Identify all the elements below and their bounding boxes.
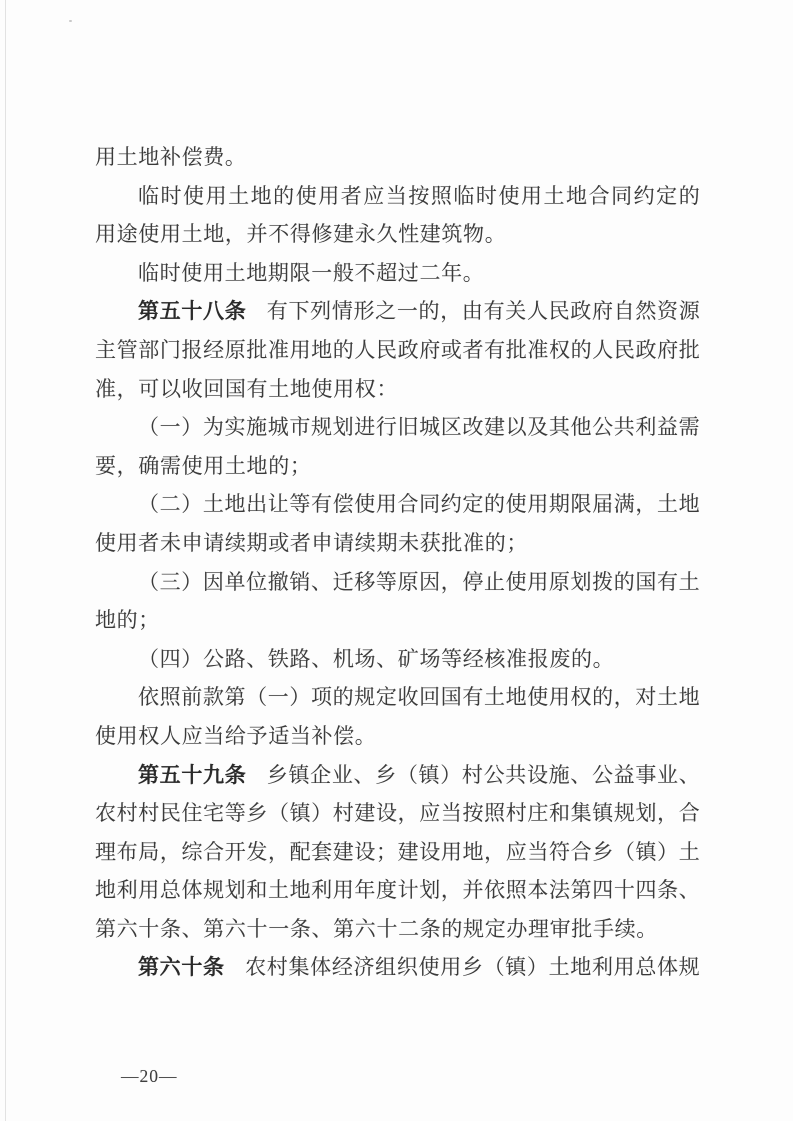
line-text: 临时使用土地的使用者应当按照临时使用土地合同约定的 (138, 184, 700, 208)
line-text: 主管部门报经原批准用地的人民政府或者有批准权的人民政府批 (95, 338, 700, 362)
line-text: 要，确需使用土地的； (95, 454, 312, 478)
line-text: 准，可以收回国有土地使用权： (95, 377, 398, 401)
line-text: 农村集体经济组织使用乡（镇）土地利用总体规 (245, 955, 700, 979)
text-line: 使用者未申请续期或者申请续期未获批准的； (95, 524, 700, 563)
text-line: 依照前款第（一）项的规定收回国有土地使用权的，对土地 (95, 678, 700, 717)
line-text: （一）为实施城市规划进行旧城区改建以及其他公共利益需 (138, 415, 700, 439)
line-text: 地的； (95, 608, 160, 632)
article-heading-line: 第六十条农村集体经济组织使用乡（镇）土地利用总体规 (95, 948, 700, 987)
line-text: （三）因单位撤销、迁移等原因，停止使用原划拨的国有土 (138, 570, 700, 594)
text-line: （一）为实施城市规划进行旧城区改建以及其他公共利益需 (95, 408, 700, 447)
line-text: 理布局，综合开发，配套建设；建设用地，应当符合乡（镇）土 (95, 840, 700, 864)
text-block: 用土地补偿费。临时使用土地的使用者应当按照临时使用土地合同约定的用途使用土地，并… (95, 138, 700, 987)
line-text: 农村村民住宅等乡（镇）村建设，应当按照村庄和集镇规划，合 (95, 801, 700, 825)
article-number: 第六十条 (138, 955, 225, 979)
text-line: 临时使用土地期限一般不超过二年。 (95, 254, 700, 293)
line-text: 用土地补偿费。 (95, 145, 247, 169)
article-heading-line: 第五十八条有下列情形之一的，由有关人民政府自然资源 (95, 292, 700, 331)
text-line: 用途使用土地，并不得修建永久性建筑物。 (95, 215, 700, 254)
article-number: 第五十九条 (138, 763, 246, 787)
text-line: （二）土地出让等有偿使用合同约定的使用期限届满，土地 (95, 485, 700, 524)
line-text: 依照前款第（一）项的规定收回国有土地使用权的，对土地 (138, 685, 700, 709)
text-line: 使用权人应当给予适当补偿。 (95, 717, 700, 756)
text-line: 临时使用土地的使用者应当按照临时使用土地合同约定的 (95, 177, 700, 216)
article-heading-line: 第五十九条乡镇企业、乡（镇）村公共设施、公益事业、 (95, 756, 700, 795)
line-text: 使用权人应当给予适当补偿。 (95, 724, 376, 748)
line-text: 地利用总体规划和土地利用年度计划，并依照本法第四十四条、 (95, 878, 700, 902)
line-text: 临时使用土地期限一般不超过二年。 (138, 261, 484, 285)
text-line: 农村村民住宅等乡（镇）村建设，应当按照村庄和集镇规划，合 (95, 794, 700, 833)
line-text: 有下列情形之一的，由有关人民政府自然资源 (266, 299, 700, 323)
scanned-document-page: 用土地补偿费。临时使用土地的使用者应当按照临时使用土地合同约定的用途使用土地，并… (0, 0, 793, 1121)
text-line: 用土地补偿费。 (95, 138, 700, 177)
text-line: 地利用总体规划和土地利用年度计划，并依照本法第四十四条、 (95, 871, 700, 910)
text-line: 第六十条、第六十一条、第六十二条的规定办理审批手续。 (95, 910, 700, 949)
line-text: 用途使用土地，并不得修建永久性建筑物。 (95, 222, 506, 246)
line-text: （二）土地出让等有偿使用合同约定的使用期限届满，土地 (138, 492, 700, 516)
text-line: 准，可以收回国有土地使用权： (95, 370, 700, 409)
scan-edge-artifact (5, 0, 6, 1121)
scan-speck-artifact (69, 20, 72, 22)
text-line: 地的； (95, 601, 700, 640)
line-text: 第六十条、第六十一条、第六十二条的规定办理审批手续。 (95, 917, 658, 941)
text-line: （四）公路、铁路、机场、矿场等经核准报废的。 (95, 640, 700, 679)
text-line: 理布局，综合开发，配套建设；建设用地，应当符合乡（镇）土 (95, 833, 700, 872)
line-text: （四）公路、铁路、机场、矿场等经核准报废的。 (138, 647, 614, 671)
text-line: 要，确需使用土地的； (95, 447, 700, 486)
line-text: 乡镇企业、乡（镇）村公共设施、公益事业、 (266, 763, 700, 787)
text-line: （三）因单位撤销、迁移等原因，停止使用原划拨的国有土 (95, 563, 700, 602)
page-number: —20— (121, 1066, 178, 1087)
line-text: 使用者未申请续期或者申请续期未获批准的； (95, 531, 528, 555)
text-line: 主管部门报经原批准用地的人民政府或者有批准权的人民政府批 (95, 331, 700, 370)
article-number: 第五十八条 (138, 299, 246, 323)
